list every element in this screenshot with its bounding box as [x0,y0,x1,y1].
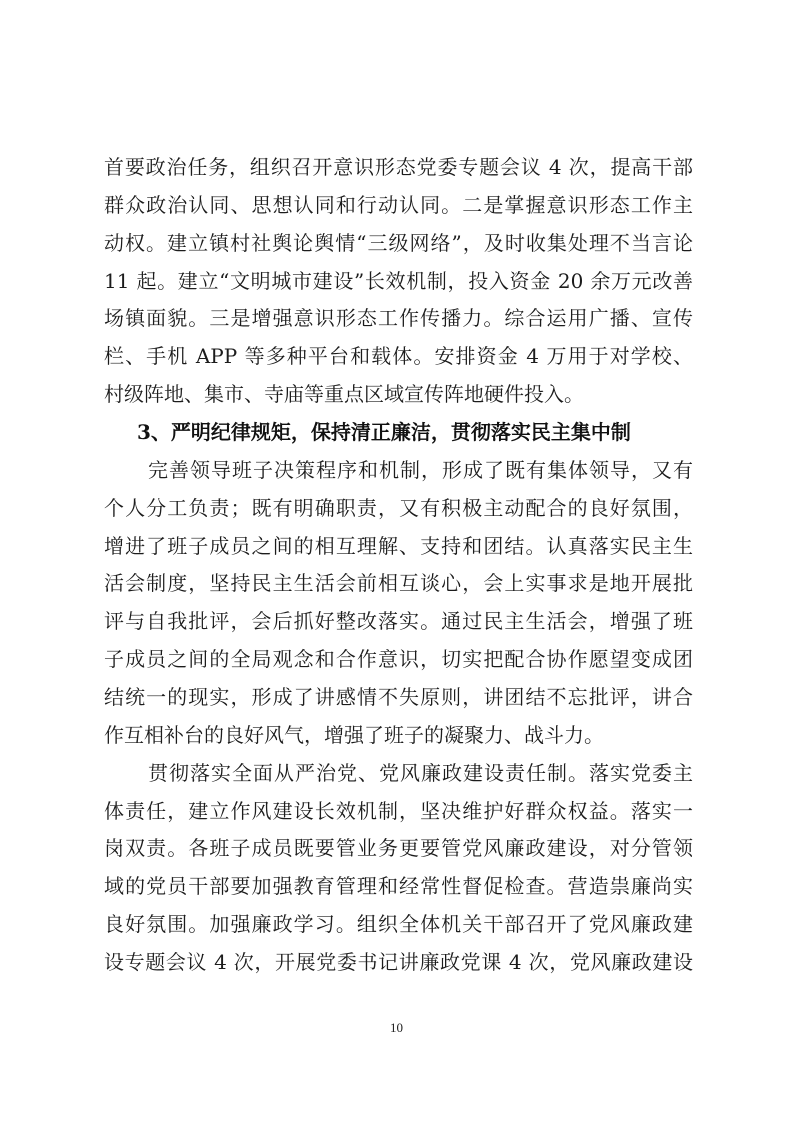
text-block: 首要政治任务，组织召开意识形态党委专题会议 4 次，提高干部群众政治认同、思想认… [104,149,693,982]
text-line: 动权。建立镇村社舆论舆情“三级网络”，及时收集处理不当言论 [104,225,693,263]
page-number: 10 [0,1020,793,1036]
text-line: 域的党员干部要加强教育管理和经常性督促检查。营造祟廉尚实 [104,868,693,906]
text-line: 岗双责。各班子成员既要管业务更要管党风廉政建设，对分管领 [104,830,693,868]
text-line: 栏、手机 APP 等多种平台和载体。安排资金 4 万用于对学校、 [104,338,693,376]
text-line: 评与自我批评，会后抓好整改落实。通过民主生活会，增强了班 [104,603,693,641]
text-line: 子成员之间的全局观念和合作意识，切实把配合协作愿望变成团 [104,641,693,679]
document-page: 首要政治任务，组织召开意识形态党委专题会议 4 次，提高干部群众政治认同、思想认… [0,0,793,1122]
text-line: 设专题会议 4 次，开展党委书记讲廉政党课 4 次，党风廉政建设 [104,944,693,982]
text-line: 体责任，建立作风建设长效机制，坚决维护好群众权益。落实一 [104,793,693,831]
text-line: 11 起。建立“文明城市建设”长效机制，投入资金 20 余万元改善 [104,263,693,301]
text-line: 良好氛围。加强廉政学习。组织全体机关干部召开了党风廉政建 [104,906,693,944]
text-line: 场镇面貌。三是增强意识形态工作传播力。综合运用广播、宣传 [104,300,693,338]
text-line: 增进了班子成员之间的相互理解、支持和团结。认真落实民主生 [104,528,693,566]
text-line: 首要政治任务，组织召开意识形态党委专题会议 4 次，提高干部 [104,149,693,187]
text-line: 群众政治认同、思想认同和行动认同。二是掌握意识形态工作主 [104,187,693,225]
section-heading: 3、严明纪律规矩，保持清正廉洁，贯彻落实民主集中制 [104,414,693,452]
text-line: 村级阵地、集市、寺庙等重点区域宣传阵地硬件投入。 [104,376,693,414]
text-line: 作互相补台的良好风气，增强了班子的凝聚力、战斗力。 [104,717,693,755]
text-line: 结统一的现实，形成了讲感情不失原则，讲团结不忘批评，讲合 [104,679,693,717]
text-line: 完善领导班子决策程序和机制，形成了既有集体领导，又有 [104,452,693,490]
text-line: 贯彻落实全面从严治党、党风廉政建设责任制。落实党委主 [104,755,693,793]
text-line: 个人分工负责；既有明确职责，又有积极主动配合的良好氛围， [104,490,693,528]
text-line: 活会制度，坚持民主生活会前相互谈心，会上实事求是地开展批 [104,565,693,603]
